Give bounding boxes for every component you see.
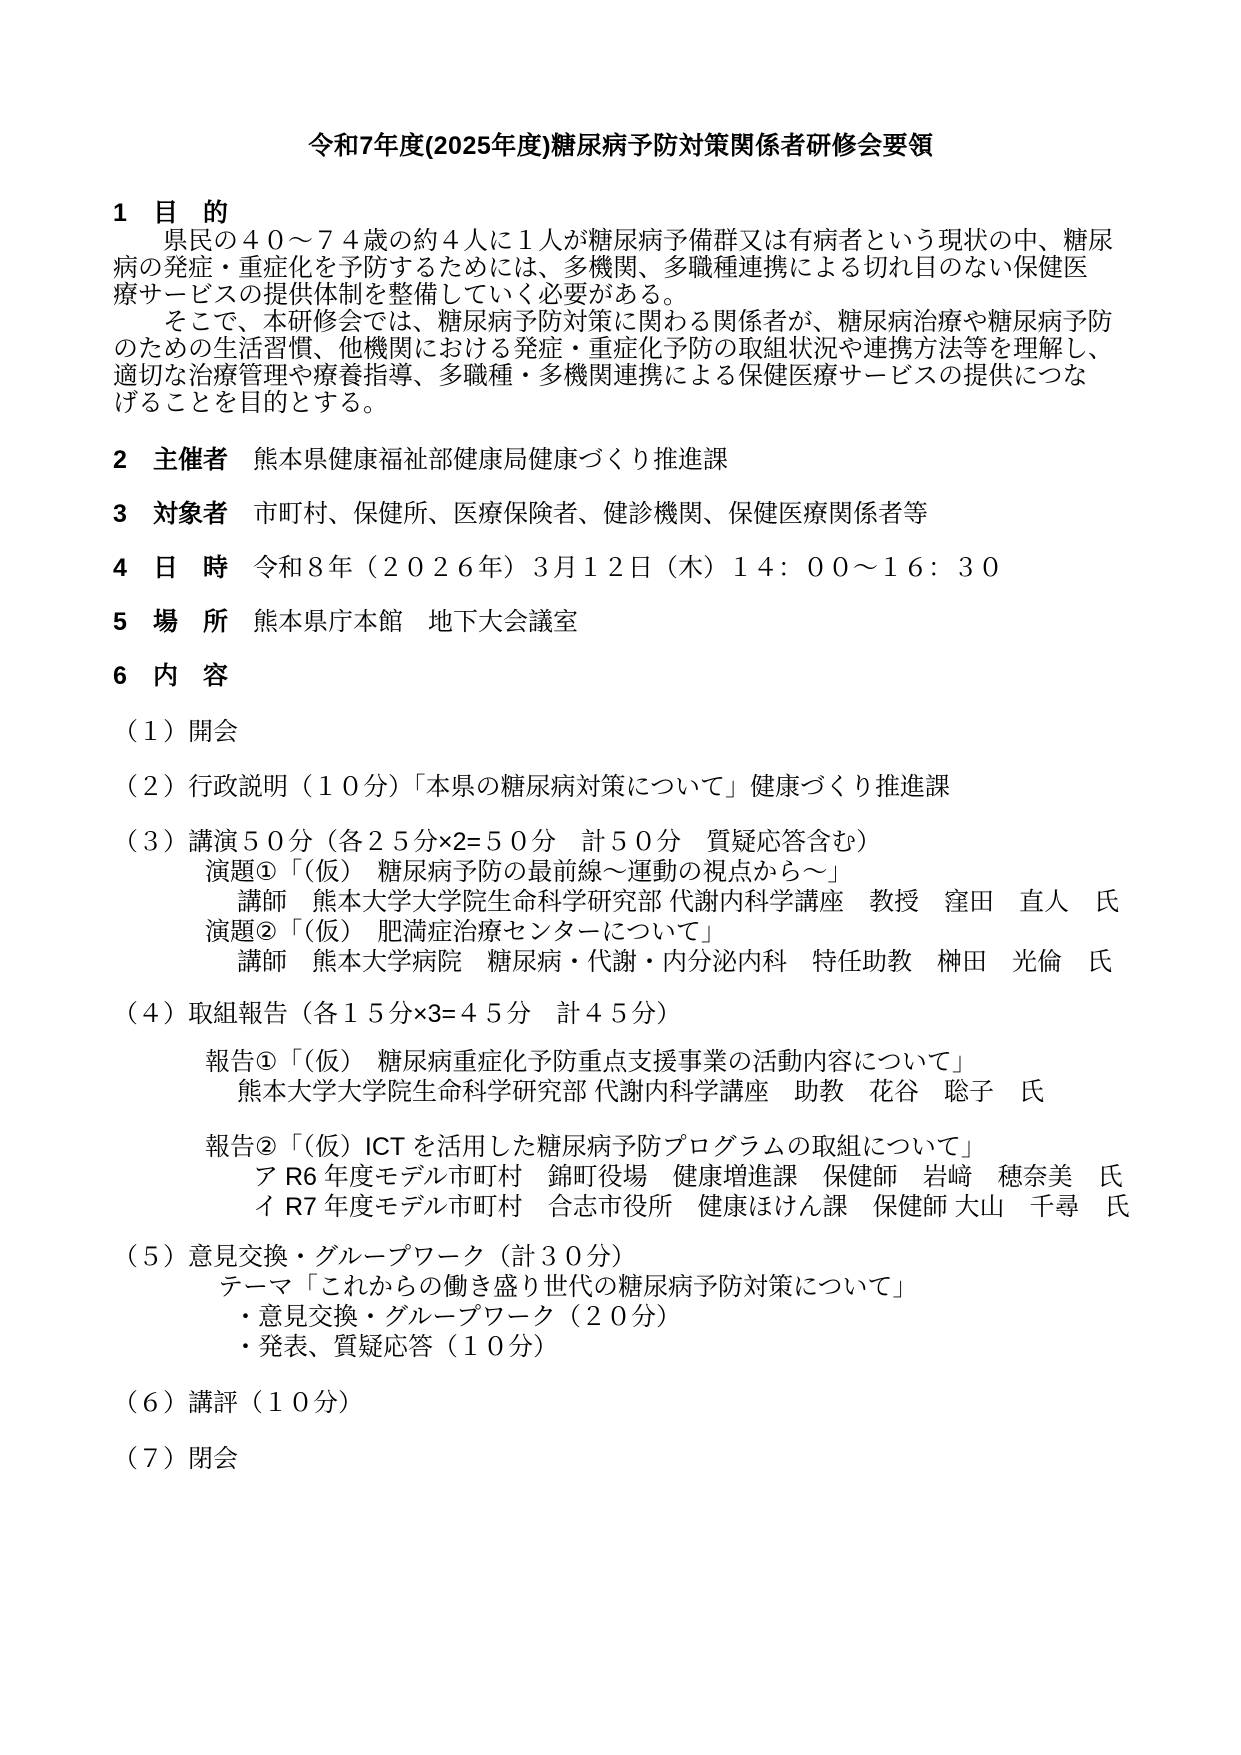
agenda-item-closing: （７）閉会 bbox=[113, 1444, 1129, 1474]
section-purpose-heading: 1 目 的 bbox=[113, 198, 1129, 228]
agenda-item-discussion-line-3: ・発表、質疑応答（１０分） bbox=[113, 1332, 1129, 1362]
section-venue: 5 場 所 熊本県庁本館 地下大会議室 bbox=[113, 607, 1129, 637]
section-organizer-value: 熊本県健康福祉部健康局健康づくり推進課 bbox=[253, 445, 1129, 475]
section-purpose-label: 目 的 bbox=[153, 198, 253, 228]
section-contents-number: 6 bbox=[113, 661, 153, 691]
agenda-item-discussion-heading: （５）意見交換・グループワーク（計３０分） bbox=[113, 1242, 1129, 1272]
agenda-item-discussion: （５）意見交換・グループワーク（計３０分）テーマ「これからの働き盛り世代の糖尿病… bbox=[113, 1242, 1129, 1362]
section-venue-number: 5 bbox=[113, 607, 153, 637]
agenda-item-review-heading: （６）講評（１０分） bbox=[113, 1388, 1129, 1418]
purpose-line-2: 病の発症・重症化を予防するためには、多機関、多職種連携による切れ目のない保健医 bbox=[113, 255, 1129, 282]
agenda-item-lectures: （３）講演５０分（各２５分×2=５０分 計５０分 質疑応答含む）演題①「（仮） … bbox=[113, 827, 1129, 977]
agenda-item-reports-line-4: ア R6 年度モデル市町村 錦町役場 健康増進課 保健師 岩﨑 穂奈美 氏 bbox=[113, 1162, 1129, 1192]
section-venue-value: 熊本県庁本館 地下大会議室 bbox=[253, 607, 1129, 637]
agenda-item-closing-heading: （７）閉会 bbox=[113, 1444, 1129, 1474]
agenda-list: （１）開会（２）行政説明（１０分）「本県の糖尿病対策について」健康づくり推進課（… bbox=[113, 717, 1129, 1474]
section-audience-number: 3 bbox=[113, 499, 153, 529]
section-datetime-number: 4 bbox=[113, 553, 153, 583]
section-contents-label: 内 容 bbox=[153, 661, 253, 691]
section-contents-heading: 6 内 容 bbox=[113, 661, 1129, 691]
section-audience-value: 市町村、保健所、医療保険者、健診機関、保健医療関係者等 bbox=[253, 499, 1129, 529]
document-page: 令和7年度(2025年度)糖尿病予防対策関係者研修会要領 1 目 的 県民の４０… bbox=[0, 0, 1241, 1755]
agenda-item-opening-heading: （１）開会 bbox=[113, 717, 1129, 747]
section-venue-label: 場 所 bbox=[153, 607, 253, 637]
agenda-item-review: （６）講評（１０分） bbox=[113, 1388, 1129, 1418]
purpose-line-4: そこで、本研修会では、糖尿病予防対策に関わる関係者が、糖尿病治療や糖尿病予防 bbox=[113, 309, 1129, 336]
agenda-item-opening: （１）開会 bbox=[113, 717, 1129, 747]
agenda-item-reports-line-3: 報告②「（仮）ICT を活用した糖尿病予防プログラムの取組について」 bbox=[113, 1132, 1129, 1162]
purpose-line-1: 県民の４０～７４歳の約４人に１人が糖尿病予備群又は有病者という現状の中、糖尿 bbox=[113, 228, 1129, 255]
agenda-item-reports: （４）取組報告（各１５分×3=４５分 計４５分）報告①「（仮） 糖尿病重症化予防… bbox=[113, 999, 1129, 1222]
agenda-item-discussion-line-2: ・意見交換・グループワーク（２０分） bbox=[113, 1302, 1129, 1332]
agenda-item-lectures-line-3: 演題②「（仮） 肥満症治療センターについて」 bbox=[113, 917, 1129, 947]
purpose-line-7: げることを目的とする。 bbox=[113, 390, 1129, 417]
agenda-item-reports-heading: （４）取組報告（各１５分×3=４５分 計４５分） bbox=[113, 999, 1129, 1029]
section-organizer-label: 主催者 bbox=[153, 445, 253, 475]
agenda-item-reports-line-5: イ R7 年度モデル市町村 合志市役所 健康ほけん課 保健師 大山 千尋 氏 bbox=[113, 1192, 1129, 1222]
purpose-line-3: 療サービスの提供体制を整備していく必要がある。 bbox=[113, 282, 1129, 309]
agenda-item-lectures-line-4: 講師 熊本大学病院 糖尿病・代謝・内分泌内科 特任助教 榊田 光倫 氏 bbox=[113, 947, 1129, 977]
document-title: 令和7年度(2025年度)糖尿病予防対策関係者研修会要領 bbox=[113, 130, 1129, 162]
purpose-line-5: のための生活習慣、他機関における発症・重症化予防の取組状況や連携方法等を理解し、 bbox=[113, 336, 1129, 363]
agenda-item-discussion-line-1: テーマ「これからの働き盛り世代の糖尿病予防対策について」 bbox=[113, 1272, 1129, 1302]
section-organizer-number: 2 bbox=[113, 445, 153, 475]
section-audience-label: 対象者 bbox=[153, 499, 253, 529]
section-purpose-number: 1 bbox=[113, 198, 153, 228]
section-datetime-value: 令和８年（２０２６年）３月１２日（木）１４：００～１６：３０ bbox=[253, 553, 1129, 583]
agenda-item-lectures-line-1: 演題①「（仮） 糖尿病予防の最前線～運動の視点から～」 bbox=[113, 857, 1129, 887]
agenda-item-admin-heading: （２）行政説明（１０分）「本県の糖尿病対策について」健康づくり推進課 bbox=[113, 772, 1129, 802]
purpose-paragraph: 県民の４０～７４歳の約４人に１人が糖尿病予備群又は有病者という現状の中、糖尿病の… bbox=[113, 228, 1129, 417]
section-audience: 3 対象者 市町村、保健所、医療保険者、健診機関、保健医療関係者等 bbox=[113, 499, 1129, 529]
agenda-item-admin: （２）行政説明（１０分）「本県の糖尿病対策について」健康づくり推進課 bbox=[113, 772, 1129, 802]
section-organizer: 2 主催者 熊本県健康福祉部健康局健康づくり推進課 bbox=[113, 445, 1129, 475]
section-datetime-label: 日 時 bbox=[153, 553, 253, 583]
agenda-item-reports-line-2: 熊本大学大学院生命科学研究部 代謝内科学講座 助教 花谷 聡子 氏 bbox=[113, 1077, 1129, 1107]
purpose-line-6: 適切な治療管理や療養指導、多職種・多機関連携による保健医療サービスの提供につな bbox=[113, 363, 1129, 390]
agenda-item-reports-line-1: 報告①「（仮） 糖尿病重症化予防重点支援事業の活動内容について」 bbox=[113, 1047, 1129, 1077]
agenda-item-lectures-line-2: 講師 熊本大学大学院生命科学研究部 代謝内科学講座 教授 窪田 直人 氏 bbox=[113, 887, 1129, 917]
section-datetime: 4 日 時 令和８年（２０２６年）３月１２日（木）１４：００～１６：３０ bbox=[113, 553, 1129, 583]
agenda-item-lectures-heading: （３）講演５０分（各２５分×2=５０分 計５０分 質疑応答含む） bbox=[113, 827, 1129, 857]
